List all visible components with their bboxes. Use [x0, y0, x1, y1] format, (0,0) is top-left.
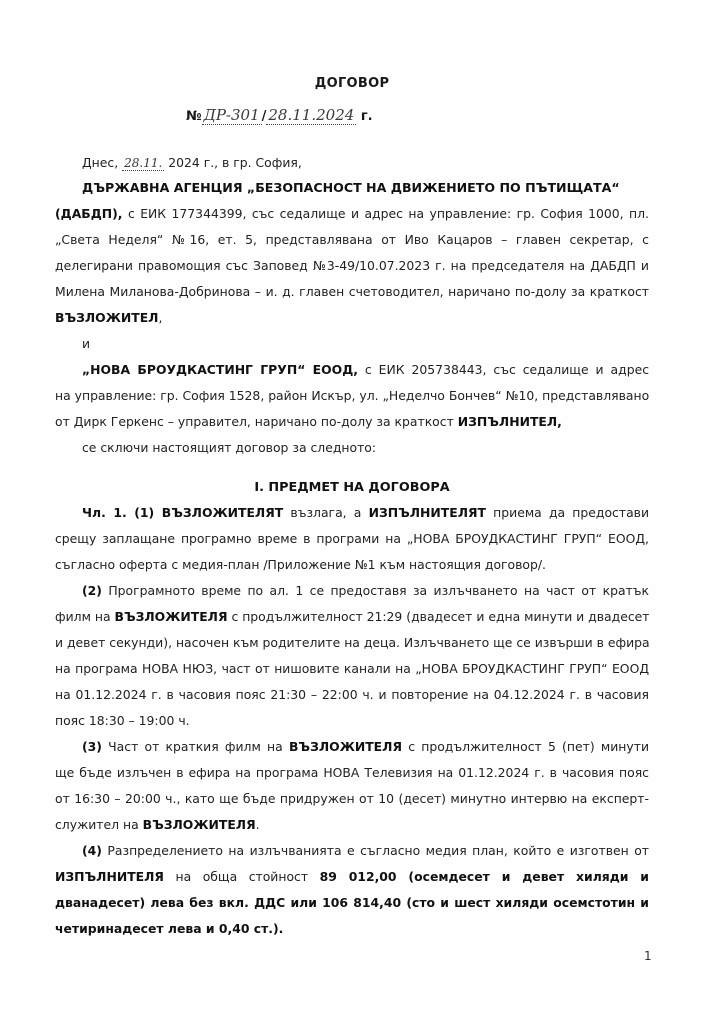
intro-suffix: 2024 г., в гр. София,: [164, 155, 302, 170]
art1-p1-line1: Чл. 1. (1) ВЪЗЛОЖИТЕЛЯТ възлага, а ИЗПЪЛ…: [82, 505, 649, 521]
art1-p3-line2: ще бъде излъчен в ефира на програма НОВА…: [55, 765, 649, 781]
party1-line2: „Света Неделя“ №16, ет. 5, представляван…: [55, 232, 649, 248]
art1-p3-line3: от 16:30 – 20:00 ч., като ще бъде придру…: [55, 791, 649, 807]
handwritten-contract-number: ДР-301: [202, 106, 262, 125]
art1-p1-text1: възлага, а: [283, 505, 368, 520]
art1-p3-label: (3): [82, 739, 102, 754]
handwritten-contract-date: 28.11.2024: [266, 106, 356, 125]
art1-p4-label: (4): [82, 843, 102, 858]
art1-p2-line1-text: Програмното време по ал. 1 се предоставя…: [102, 583, 649, 598]
document-page: ДОГОВОР №ДР-301/28.11.2024 г. Днес, 28.1…: [0, 0, 704, 1024]
art1-p3-line1-text: с продължителност 5 (пет) минути: [402, 739, 649, 754]
party1-abbr: (ДАБДП),: [55, 206, 123, 221]
art1-p3-line4-suffix: .: [256, 817, 260, 832]
art1-p4-line4: четиринадесет лева и 0,40 ст.).: [55, 921, 649, 937]
intro-line: Днес, 28.11. 2024 г., в гр. София,: [82, 155, 649, 171]
party1-line3: делегирани правомощия със Заповед №3-49/…: [55, 258, 649, 274]
art1-p2-line2-prefix: филм на: [55, 609, 115, 624]
art1-p1-text2: приема да предостави: [486, 505, 649, 520]
art1-p2-line6: пояс 18:30 – 19:00 ч.: [55, 713, 649, 729]
party1-line1-text: с ЕИК 177344399, със седалище и адрес на…: [123, 206, 649, 221]
party2-role: ИЗПЪЛНИТЕЛ,: [458, 414, 562, 429]
art1-p1-bold1: ВЪЗЛОЖИТЕЛЯТ: [162, 505, 283, 520]
intro-prefix: Днес,: [82, 155, 122, 170]
concluded-line: се сключи настоящият договор за следното…: [82, 440, 649, 456]
art1-p3-line1: (3) Част от краткия филм на ВЪЗЛОЖИТЕЛЯ …: [82, 739, 649, 755]
art1-p4-line2-bold2: 89 012,00 (осемдесет и девет хиляди и: [320, 869, 649, 884]
art1-p4-line3: дванадесет) лева без вкл. ДДС или 106 81…: [55, 895, 649, 911]
party2-line3: от Дирк Геркенс – управител, наричано по…: [55, 414, 649, 430]
page-number: 1: [644, 949, 652, 963]
art1-p2-line2: филм на ВЪЗЛОЖИТЕЛЯ с продължителност 21…: [55, 609, 649, 625]
art1-p2-line4: на програма НОВА НЮЗ, част от нишовите к…: [55, 661, 649, 677]
art1-p1-bold2: ИЗПЪЛНИТЕЛЯТ: [369, 505, 486, 520]
art1-p1-line3: съгласно оферта с медия-план /Приложение…: [55, 557, 649, 573]
art1-p3-line4: служител на ВЪЗЛОЖИТЕЛЯ.: [55, 817, 649, 833]
number-suffix: г.: [361, 109, 373, 124]
number-prefix: №: [186, 109, 202, 124]
art1-p4-line1-text: Разпределението на излъчванията е съглас…: [102, 843, 649, 858]
art1-p4-line2-mid: на обща стойност: [164, 869, 320, 884]
art1-p2-label: (2): [82, 583, 102, 598]
party1-role: ВЪЗЛОЖИТЕЛ: [55, 310, 158, 325]
art1-p3-line4-prefix: служител на: [55, 817, 143, 832]
art1-p2-line2-bold: ВЪЗЛОЖИТЕЛЯ: [115, 609, 228, 624]
art1-p2-line3: и девет секунди), насочен към родителите…: [55, 635, 649, 651]
art1-p3-line1-prefix: Част от краткия филм на: [102, 739, 289, 754]
art1-p4-line1: (4) Разпределението на излъчванията е съ…: [82, 843, 649, 859]
party1-role-line: ВЪЗЛОЖИТЕЛ,: [55, 310, 649, 326]
party1-line1: (ДАБДП), с ЕИК 177344399, със седалище и…: [55, 206, 649, 222]
conjunction: и: [82, 336, 649, 352]
art1-p2-line5: на 01.12.2024 г. в часовия пояс 21:30 – …: [55, 687, 649, 703]
handwritten-day: 28.11.: [122, 156, 164, 171]
party1-line4: Милена Миланова-Добринова – и. д. главен…: [55, 284, 649, 300]
party2-line1-text: с ЕИК 205738443, със седалище и адрес: [358, 362, 649, 377]
art1-p2-line1: (2) Програмното време по ал. 1 се предос…: [82, 583, 649, 599]
art1-p2-line2-text: с продължителност 21:29 (двадесет и една…: [228, 609, 650, 624]
party2-line2: на управление: гр. София 1528, район Иск…: [55, 388, 649, 404]
art1-p1-line2: срещу заплащане програмно време в програ…: [55, 531, 649, 547]
party2-name: „НОВА БРОУДКАСТИНГ ГРУП“ ЕООД,: [82, 362, 358, 377]
contract-number-line: №ДР-301/28.11.2024 г.: [186, 106, 373, 124]
art1-p4-line2-bold1: ИЗПЪЛНИТЕЛЯ: [55, 869, 164, 884]
party1-name: ДЪРЖАВНА АГЕНЦИЯ „БЕЗОПАСНОСТ НА ДВИЖЕНИ…: [82, 180, 649, 196]
section-title: I. ПРЕДМЕТ НА ДОГОВОРА: [0, 480, 704, 496]
art1-p3-line4-bold: ВЪЗЛОЖИТЕЛЯ: [143, 817, 256, 832]
party2-line1: „НОВА БРОУДКАСТИНГ ГРУП“ ЕООД, с ЕИК 205…: [82, 362, 649, 378]
art1-p4-line2: ИЗПЪЛНИТЕЛЯ на обща стойност 89 012,00 (…: [55, 869, 649, 885]
party2-line3-text: от Дирк Геркенс – управител, наричано по…: [55, 414, 458, 429]
art1-p3-line1-bold: ВЪЗЛОЖИТЕЛЯ: [289, 739, 402, 754]
art1-p1-label: Чл. 1. (1): [82, 505, 162, 520]
document-title: ДОГОВОР: [0, 76, 704, 91]
party1-role-suffix: ,: [158, 310, 162, 325]
